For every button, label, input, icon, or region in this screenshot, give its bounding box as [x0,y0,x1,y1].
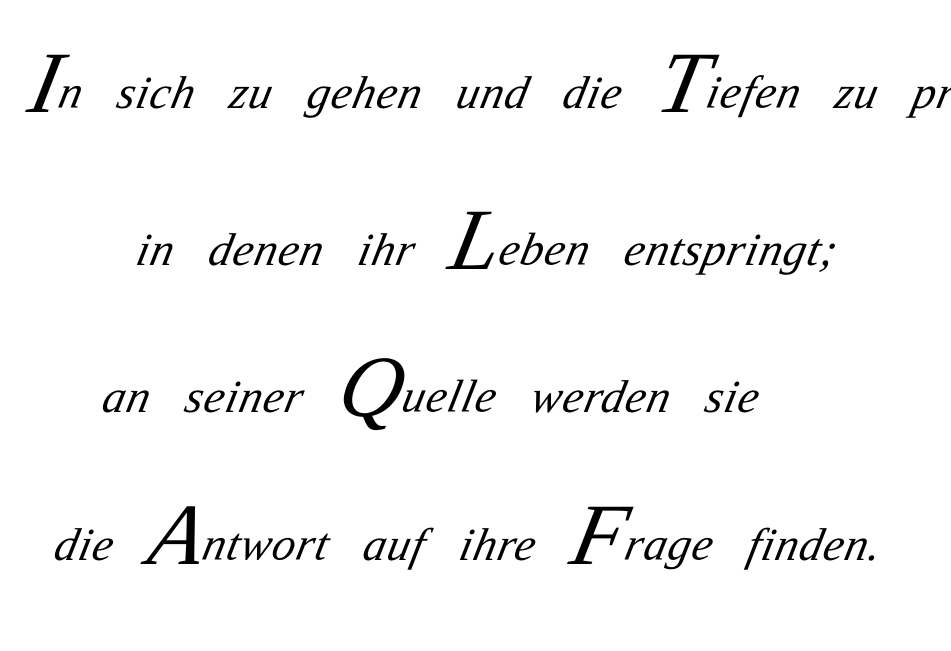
word: Quelle [333,352,507,423]
word-rest: ntwort [198,519,335,570]
word: Tiefen [652,48,811,119]
word: und [452,66,535,119]
text-line-2: in denen ihr Leben entspringt; [132,205,870,276]
word-rest: rage [621,519,720,570]
word: prüfen, [908,66,951,119]
word-rest: uelle [398,371,503,422]
word: auf [359,518,432,571]
word: Frage [566,500,724,571]
word: ihre [455,518,543,571]
text-line-1: In sich zu gehen und die Tiefen zu prüfe… [24,48,951,119]
word: finden. [743,518,888,571]
word: gehen [303,66,429,119]
text-line-4: die Antwort auf ihre Frage finden. [50,500,914,571]
handwriting-page: In sich zu gehen und die Tiefen zu prüfe… [0,0,951,651]
word: sich [113,66,202,119]
word-rest: iefen [702,67,807,118]
word: Leben [445,205,600,276]
word: sie [701,370,766,423]
word: an [98,370,157,423]
word: denen [204,223,330,276]
word: zu [831,66,885,119]
word: seiner [181,370,311,423]
word: werden [526,370,677,423]
word: die [558,66,628,119]
word: ihr [354,223,422,276]
word-rest: eben [495,224,597,275]
word: zu [225,66,279,119]
text-line-3: an seiner Quelle werden sie [98,352,792,423]
word: Antwort [144,500,340,571]
word: in [132,223,181,276]
word: entspringt; [620,223,844,276]
word: In [24,48,93,119]
word: die [50,518,120,571]
